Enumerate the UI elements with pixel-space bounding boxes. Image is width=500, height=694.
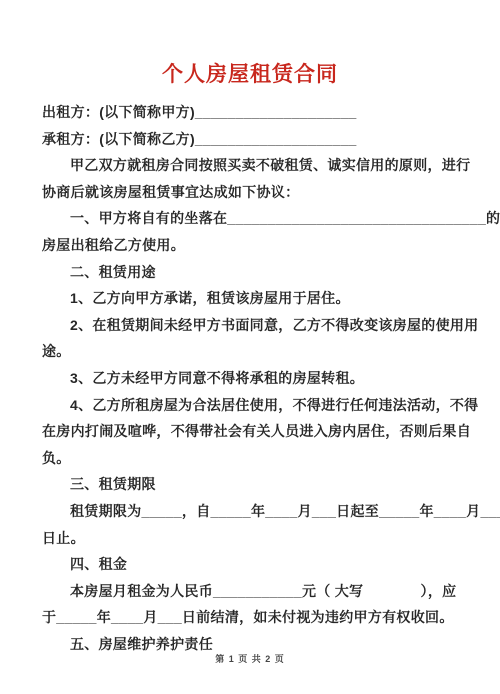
clause-2-item-3: 3、乙方未经甲方同意不得将承租的房屋转租。 bbox=[42, 365, 472, 392]
contract-title: 个人房屋租赁合同 bbox=[0, 58, 500, 88]
page-number-footer: 第 1 页 共 2 页 bbox=[0, 652, 500, 665]
clause-2-item-4-line-3: 负。 bbox=[42, 445, 472, 472]
clause-1-line-2: 房屋出租给乙方使用。 bbox=[42, 232, 472, 259]
clause-3-term-line-1: 租赁期限为_____，自_____年____月___日起至_____年____月… bbox=[42, 498, 472, 525]
lessee-blank-line: 承租方：(以下简称乙方)____________________ bbox=[42, 126, 472, 153]
clause-2-item-4-line-2: 在房内打闹及喧哗，不得带社会有关人员进入房内居住，否则后果自 bbox=[42, 418, 472, 445]
clause-2-item-2-line-2: 途。 bbox=[42, 338, 472, 365]
clause-2-item-4-line-1: 4、乙方所租房屋为合法居住使用，不得进行任何违法活动，不得 bbox=[42, 392, 472, 419]
contract-body: 出租方：(以下简称甲方)____________________ 承租方：(以下… bbox=[42, 99, 472, 657]
clause-4-heading: 四、租金 bbox=[42, 551, 472, 578]
contract-page: 个人房屋租赁合同 出租方：(以下简称甲方)___________________… bbox=[0, 0, 500, 694]
clause-3-term-line-2: 日止。 bbox=[42, 525, 472, 552]
lessor-blank-line: 出租方：(以下简称甲方)____________________ bbox=[42, 99, 472, 126]
clause-3-heading: 三、租赁期限 bbox=[42, 471, 472, 498]
clause-2-heading: 二、租赁用途 bbox=[42, 259, 472, 286]
clause-4-rent-line-1: 本房屋月租金为人民币___________元（ 大写 ），应 bbox=[42, 578, 472, 605]
clause-2-item-1: 1、乙方向甲方承诺，租赁该房屋用于居住。 bbox=[42, 285, 472, 312]
clause-4-rent-line-2: 于_____年____月___日前结清，如未付视为违约甲方有权收回。 bbox=[42, 604, 472, 631]
preamble-line-2: 协商后就该房屋租赁事宜达成如下协议： bbox=[42, 179, 472, 206]
clause-1-line-1: 一、甲方将自有的坐落在_____________________________… bbox=[42, 205, 472, 232]
preamble-line-1: 甲乙双方就租房合同按照买卖不破租赁、诚实信用的原则，进行 bbox=[42, 152, 472, 179]
clause-2-item-2-line-1: 2、在租赁期间未经甲方书面同意，乙方不得改变该房屋的使用用 bbox=[42, 312, 472, 339]
